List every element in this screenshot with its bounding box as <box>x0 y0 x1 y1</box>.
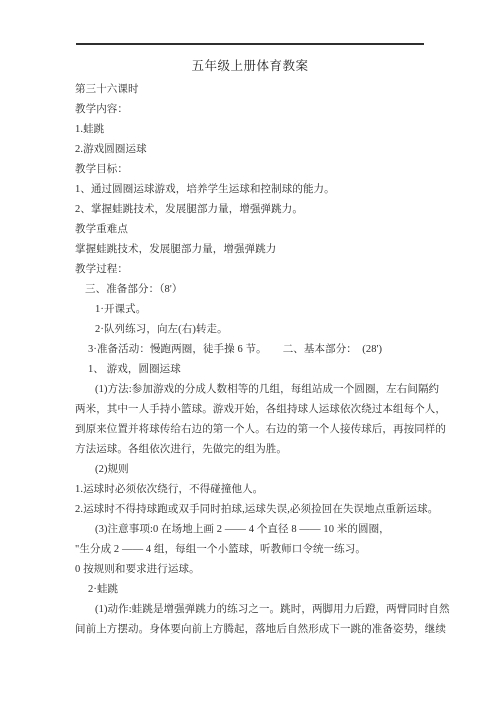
text-line: (2)规则 <box>75 460 490 480</box>
header-rule <box>76 43 424 45</box>
text-line: 3·准备活动：慢跑两圈，徒手操 6 节。 二、基本部分： (28') <box>75 340 490 360</box>
text-line: 两米，其中一人手持小篮球。游戏开始，各组持球人运球依次绕过本组每个人， <box>75 400 490 420</box>
text-line: 掌握蛙跳技术，发展腿部力量，增强弹跳力 <box>75 240 490 260</box>
text-line: (1)方法:参加游戏的分成人数相等的几组，每组站成一个圆圈，左右间隔约 <box>75 380 490 400</box>
document-page: 五年级上册体育教案 第三十六课时教学内容：1.蛙跳2.游戏圆圈运球教学目标：1、… <box>0 0 500 707</box>
text-line: 2、掌握蛙跳技术，发展腿部力量，增强弹跳力。 <box>75 200 490 220</box>
text-line: 2·队列练习，向左(右)转走。 <box>75 320 490 340</box>
text-line: (1)动作:蛙跳是增强弹跳力的练习之一。跳时，两脚用力后蹬，两臂同时自然 <box>75 600 490 620</box>
text-line: 1.运球时必须依次绕行，不得碰撞他人。 <box>75 480 490 500</box>
text-line: 1、 游戏，圆圈运球 <box>75 360 490 380</box>
text-line: 1·开课式。 <box>75 300 490 320</box>
text-line: 间前上方摆动。身体要向前上方腾起，落地后自然形成下一跳的准备姿势，继续 <box>75 620 490 640</box>
text-line: 2.游戏圆圈运球 <box>75 140 490 160</box>
text-line: 1、通过圆圈运球游戏，培养学生运球和控制球的能力。 <box>75 180 490 200</box>
text-line: 2.运球时不得持球跑或双手同时拍球,运球失误,必须捡回在失误地点重新运球。 <box>75 500 490 520</box>
document-body: 第三十六课时教学内容：1.蛙跳2.游戏圆圈运球教学目标：1、通过圆圈运球游戏，培… <box>75 80 490 640</box>
text-line: 教学重难点 <box>75 220 490 240</box>
text-line: 教学过程： <box>75 260 490 280</box>
text-line: 1.蛙跳 <box>75 120 490 140</box>
text-line: 方法运球。各组依次进行，先做完的组为胜。 <box>75 440 490 460</box>
text-line: 教学内容： <box>75 100 490 120</box>
text-line: (3)注意事项:0 在场地上画 2 —— 4 个直径 8 —— 10 米的圆圈， <box>75 520 490 540</box>
text-line: 2·蛙跳 <box>75 580 490 600</box>
text-line: 教学目标： <box>75 160 490 180</box>
text-line: "生分成 2 —— 4 组，每组一个小篮球，听教师口令统一练习。 <box>75 540 490 560</box>
text-line: 0 按规则和要求进行运球。 <box>75 560 490 580</box>
text-line: 三、准备部分：（8'） <box>75 280 490 300</box>
text-line: 第三十六课时 <box>75 80 490 100</box>
document-title: 五年级上册体育教案 <box>0 56 500 74</box>
text-line: 到原来位置并将球传给右边的第一个人。右边的第一个人接传球后，再按同样的 <box>75 420 490 440</box>
